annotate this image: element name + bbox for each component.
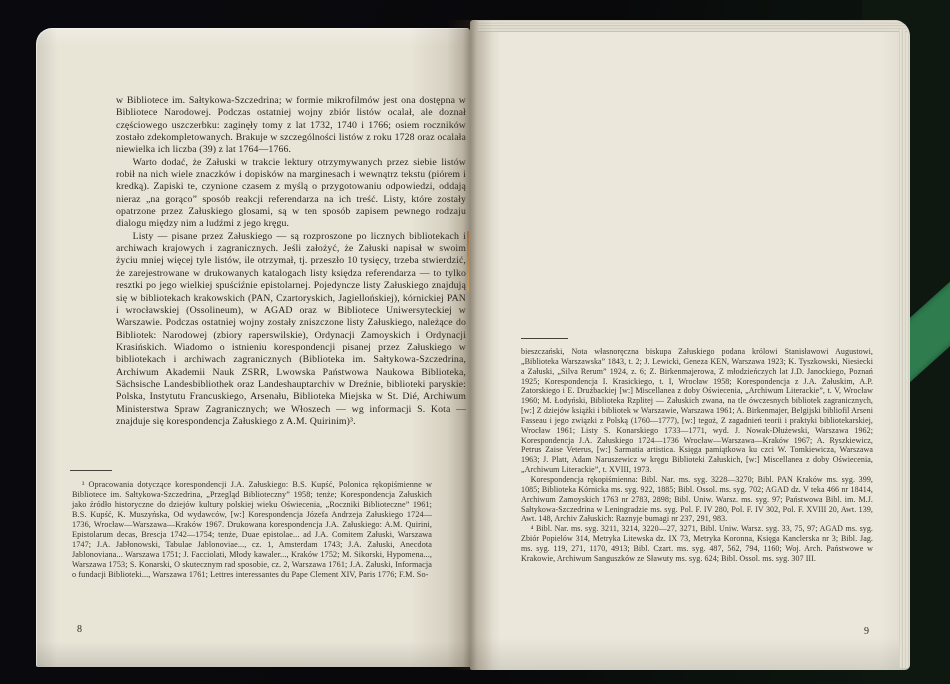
paragraph: w Bibliotece im. Sałtykowa-Szczedrina; w… — [116, 95, 466, 157]
page-number: 9 — [864, 626, 869, 637]
right-page-footnotes: bieszczański, Nota własnoręczna biskupa … — [521, 347, 873, 564]
page-stack-edge-right — [899, 29, 910, 668]
book-spread-photo: w Bibliotece im. Sałtykowa-Szczedrina; w… — [0, 0, 950, 684]
footnote-separator — [521, 338, 568, 339]
left-page-body: w Bibliotece im. Sałtykowa-Szczedrina; w… — [116, 95, 466, 428]
paragraph: Listy — pisane przez Załuskiego — są roz… — [116, 231, 466, 429]
page-number: 8 — [77, 624, 82, 635]
left-page-footnotes: ³ Opracowania dotyczące korespondencji J… — [72, 480, 432, 580]
paragraph: Warto dodać, że Załuski w trakcie lektur… — [116, 157, 466, 231]
footnote: ⁴ Bibl. Nar. ms. syg. 3211, 3214, 3220—2… — [521, 524, 873, 563]
footnote-separator — [70, 470, 112, 471]
page-stack-edge-top — [478, 20, 907, 32]
footnote: ³ Opracowania dotyczące korespondencji J… — [72, 480, 432, 580]
binding-thread — [467, 231, 469, 291]
footnote: Korespondencja rękopiśmienna: Bibl. Nar.… — [521, 475, 873, 524]
footnote: bieszczański, Nota własnoręczna biskupa … — [521, 347, 873, 475]
right-page: Warto dodać, że zbiór korespondencji pis… — [470, 20, 910, 670]
page-gutter-shadow — [447, 20, 493, 670]
